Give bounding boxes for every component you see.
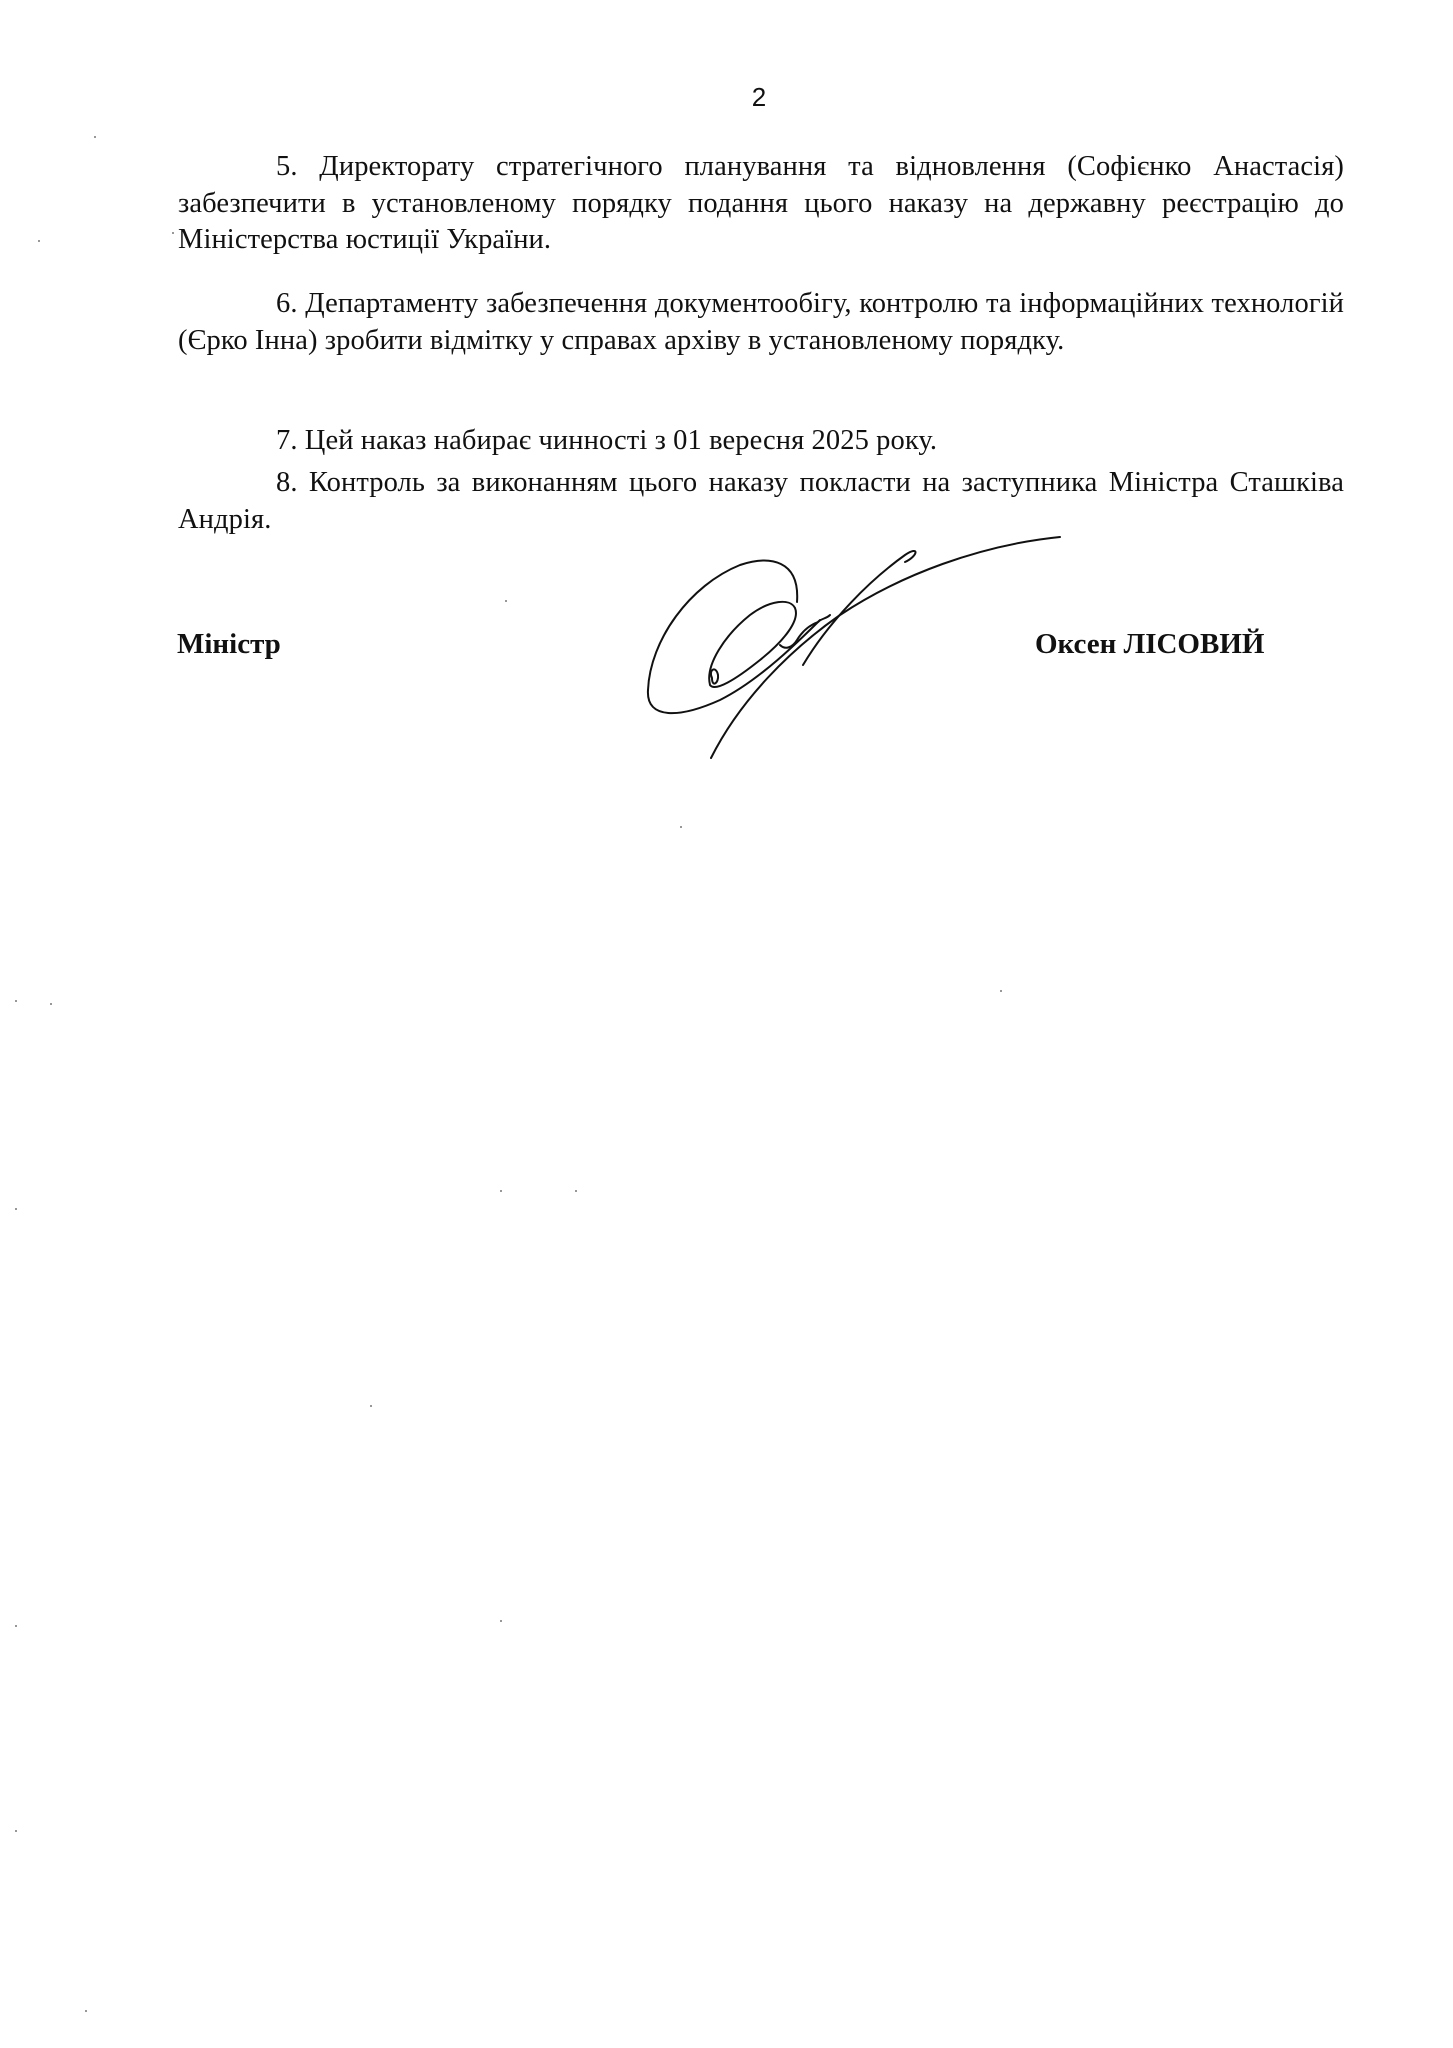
scan-speck <box>1000 990 1002 992</box>
scan-speck <box>15 1000 17 1002</box>
paragraph-6: 6. Департаменту забезпечення документооб… <box>178 286 1344 359</box>
scan-speck <box>38 240 40 242</box>
signatory-title: Міністр <box>177 628 281 661</box>
page-number: 2 <box>0 82 1453 113</box>
handwritten-signature-icon <box>630 525 1080 775</box>
scan-speck <box>575 1190 577 1192</box>
scan-speck <box>500 1190 502 1192</box>
scan-speck <box>500 1620 502 1622</box>
scan-speck <box>505 600 507 602</box>
signatory-name: Оксен ЛІСОВИЙ <box>1035 628 1264 661</box>
scan-speck <box>172 232 174 234</box>
paragraph-7: 7. Цей наказ набирає чинності з 01 верес… <box>178 423 1344 460</box>
paragraph-6-text: 6. Департаменту забезпечення документооб… <box>178 286 1344 359</box>
scan-speck <box>370 1405 372 1407</box>
paragraph-7-text: 7. Цей наказ набирає чинності з 01 верес… <box>178 423 1344 460</box>
paragraph-5-text: 5. Директорату стратегічного планування … <box>178 149 1344 259</box>
paragraph-5: 5. Директорату стратегічного планування … <box>178 149 1344 259</box>
scan-speck <box>15 1208 17 1210</box>
scan-speck <box>680 826 682 828</box>
scan-speck <box>15 1830 17 1832</box>
scan-speck <box>15 1625 17 1627</box>
scan-speck <box>94 136 96 138</box>
scan-speck <box>50 1003 52 1005</box>
scan-speck <box>85 2010 87 2012</box>
